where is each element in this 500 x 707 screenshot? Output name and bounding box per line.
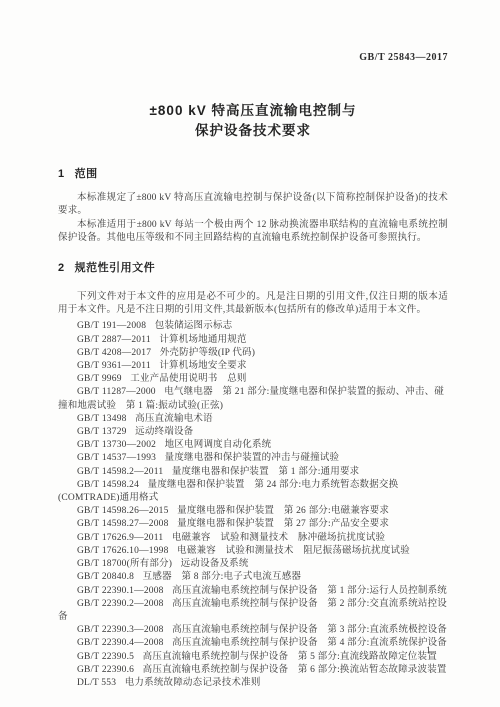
- reference-list: GB/T 191—2008包装储运图示标志 GB/T 2887—2011计算机场…: [58, 320, 448, 690]
- reference-item: GB/T 22390.5高压直流输电系统控制与保护设备 第 5 部分:直流线路故…: [58, 651, 448, 664]
- reference-name: 计算机场地安全要求: [159, 361, 246, 371]
- reference-name: 外壳防护等级(IP 代码): [160, 348, 255, 358]
- reference-name: 高压直流输电系统控制与保护设备 第 5 部分:直流线路故障定位装置: [143, 652, 437, 662]
- reference-code: GB/T 22390.3—2008: [77, 625, 164, 635]
- reference-item: GB/T 13498高压直流输电术语: [58, 413, 448, 426]
- reference-item: GB/T 22390.6高压直流输电系统控制与保护设备 第 6 部分:换流站暂态…: [58, 664, 448, 677]
- scope-paragraph-2: 本标准适用于±800 kV 每站一个极由两个 12 脉动换流器串联结构的直流输电…: [58, 219, 448, 246]
- reference-code: GB/T 14598.27—2008: [77, 519, 169, 529]
- reference-item: GB/T 13730—2002地区电网调度自动化系统: [58, 439, 448, 452]
- reference-name: 量度继电器和保护装置 第 27 部分:产品安全要求: [177, 519, 389, 529]
- section-heading-scope: 1范围: [58, 165, 448, 181]
- reference-code: GB/T 17626.9—2011: [77, 533, 163, 543]
- reference-item: GB/T 22390.1—2008高压直流输电系统控制与保护设备 第 1 部分:…: [58, 585, 448, 598]
- reference-item: GB/T 14598.24量度继电器和保护装置 第 24 部分:电力系统暂态数据…: [58, 479, 448, 505]
- section-heading-references: 2规范性引用文件: [58, 259, 448, 275]
- reference-name: 电磁兼容 试验和测量技术 阻尼振荡磁场抗扰度试验: [177, 546, 410, 556]
- reference-name: 包装储运图示标志: [155, 321, 233, 331]
- reference-code: GB/T 14598.24: [77, 480, 139, 490]
- section-title: 范围: [75, 168, 98, 180]
- reference-name: 电力系统故障动态记录技术准则: [125, 678, 261, 688]
- reference-item: GB/T 17626.9—2011电磁兼容 试验和测量技术 脉冲磁场抗扰度试验: [58, 532, 448, 545]
- document-page: GB/T 25843—2017 ±800 kV 特高压直流输电控制与 保护设备技…: [0, 0, 500, 707]
- reference-code: GB/T 2887—2011: [77, 335, 151, 345]
- reference-code: GB/T 9361—2011: [77, 361, 151, 371]
- reference-item: GB/T 4208—2017外壳防护等级(IP 代码): [58, 347, 448, 360]
- reference-item: GB/T 14537—1993量度继电器和保护装置的冲击与碰撞试验: [58, 452, 448, 465]
- reference-item: GB/T 9361—2011计算机场地安全要求: [58, 360, 448, 373]
- reference-code: GB/T 22390.6: [77, 665, 134, 675]
- reference-name: 地区电网调度自动化系统: [165, 440, 272, 450]
- reference-item: DL/T 553电力系统故障动态记录技术准则: [58, 677, 448, 690]
- reference-item: GB/T 191—2008包装储运图示标志: [58, 320, 448, 333]
- reference-name: 电磁兼容 试验和测量技术 脉冲磁场抗扰度试验: [172, 533, 385, 543]
- reference-code: GB/T 13729: [77, 427, 127, 437]
- reference-name: 互感器 第 8 部分:电子式电流互感器: [143, 572, 301, 582]
- reference-item: GB/T 14598.26—2015量度继电器和保护装置 第 26 部分:电磁兼…: [58, 505, 448, 518]
- reference-name: 工业产品使用说明书 总则: [130, 374, 246, 384]
- reference-code: GB/T 13498: [77, 414, 127, 424]
- reference-name: 高压直流输电系统控制与保护设备 第 6 部分:换流站暂态故障录波装置: [143, 665, 447, 675]
- reference-name: 计算机场地通用规范: [159, 335, 246, 345]
- reference-item: GB/T 14598.2—2011量度继电器和保护装置 第 1 部分:通用要求: [58, 466, 448, 479]
- reference-item: GB/T 22390.2—2008高压直流输电系统控制与保护设备 第 2 部分:…: [58, 598, 448, 624]
- reference-name: 量度继电器和保护装置的冲击与碰撞试验: [165, 453, 340, 463]
- reference-code: GB/T 9969: [77, 374, 122, 384]
- references-intro-paragraph: 下列文件对于本文件的应用是必不可少的。凡是注日期的引用文件,仅注日期的版本适用于…: [58, 291, 448, 318]
- reference-name: 远动终端设备: [135, 427, 193, 437]
- reference-item: GB/T 14598.27—2008量度继电器和保护装置 第 27 部分:产品安…: [58, 518, 448, 531]
- reference-item: GB/T 20840.8互感器 第 8 部分:电子式电流互感器: [58, 571, 448, 584]
- reference-code: GB/T 14598.26—2015: [77, 506, 169, 516]
- reference-code: GB/T 22390.1—2008: [77, 586, 164, 596]
- reference-item: GB/T 18700(所有部分)远动设备及系统: [58, 558, 448, 571]
- reference-code: GB/T 18700(所有部分): [77, 559, 172, 569]
- reference-code: GB/T 22390.2—2008: [77, 599, 164, 609]
- reference-name: 高压直流输电系统控制与保护设备 第 4 部分:直流系统保护设备: [172, 638, 447, 648]
- scope-paragraph-1: 本标准规定了±800 kV 特高压直流输电控制与保护设备(以下简称控制保护设备)…: [58, 192, 448, 219]
- document-title: ±800 kV 特高压直流输电控制与 保护设备技术要求: [58, 101, 448, 141]
- reference-name: 量度继电器和保护装置 第 1 部分:通用要求: [172, 467, 360, 477]
- reference-item: GB/T 22390.4—2008高压直流输电系统控制与保护设备 第 4 部分:…: [58, 637, 448, 650]
- reference-code: GB/T 11287—2000: [77, 387, 156, 397]
- reference-code: GB/T 22390.5: [77, 652, 134, 662]
- reference-name: 高压直流输电系统控制与保护设备 第 1 部分:运行人员控制系统: [172, 586, 447, 596]
- section-title: 规范性引用文件: [75, 262, 156, 274]
- reference-code: GB/T 4208—2017: [77, 348, 151, 358]
- reference-code: GB/T 191—2008: [77, 321, 146, 331]
- reference-name: 远动设备及系统: [181, 559, 249, 569]
- reference-item: GB/T 9969工业产品使用说明书 总则: [58, 373, 448, 386]
- reference-name: 高压直流输电系统控制与保护设备 第 3 部分:直流系统极控设备: [172, 625, 447, 635]
- reference-name: 高压直流输电术语: [135, 414, 213, 424]
- reference-item: GB/T 13729远动终端设备: [58, 426, 448, 439]
- reference-item: GB/T 2887—2011计算机场地通用规范: [58, 334, 448, 347]
- page-number: 1: [426, 646, 431, 656]
- reference-code: GB/T 20840.8: [77, 572, 134, 582]
- reference-code: GB/T 14598.2—2011: [77, 467, 163, 477]
- reference-code: GB/T 17626.10—1998: [77, 546, 169, 556]
- reference-code: GB/T 14537—1993: [77, 453, 156, 463]
- reference-item: GB/T 22390.3—2008高压直流输电系统控制与保护设备 第 3 部分:…: [58, 624, 448, 637]
- document-title-line2: 保护设备技术要求: [58, 121, 448, 141]
- standard-number: GB/T 25843—2017: [58, 52, 448, 63]
- section-number: 1: [58, 168, 65, 180]
- reference-item: GB/T 11287—2000电气继电器 第 21 部分:量度继电器和保护装置的…: [58, 386, 448, 412]
- section-number: 2: [58, 262, 65, 274]
- reference-item: GB/T 17626.10—1998电磁兼容 试验和测量技术 阻尼振荡磁场抗扰度…: [58, 545, 448, 558]
- reference-name: 量度继电器和保护装置 第 26 部分:电磁兼容要求: [177, 506, 389, 516]
- document-title-line1: ±800 kV 特高压直流输电控制与: [58, 101, 448, 121]
- reference-code: DL/T 553: [77, 678, 116, 688]
- reference-code: GB/T 13730—2002: [77, 440, 156, 450]
- reference-code: GB/T 22390.4—2008: [77, 638, 164, 648]
